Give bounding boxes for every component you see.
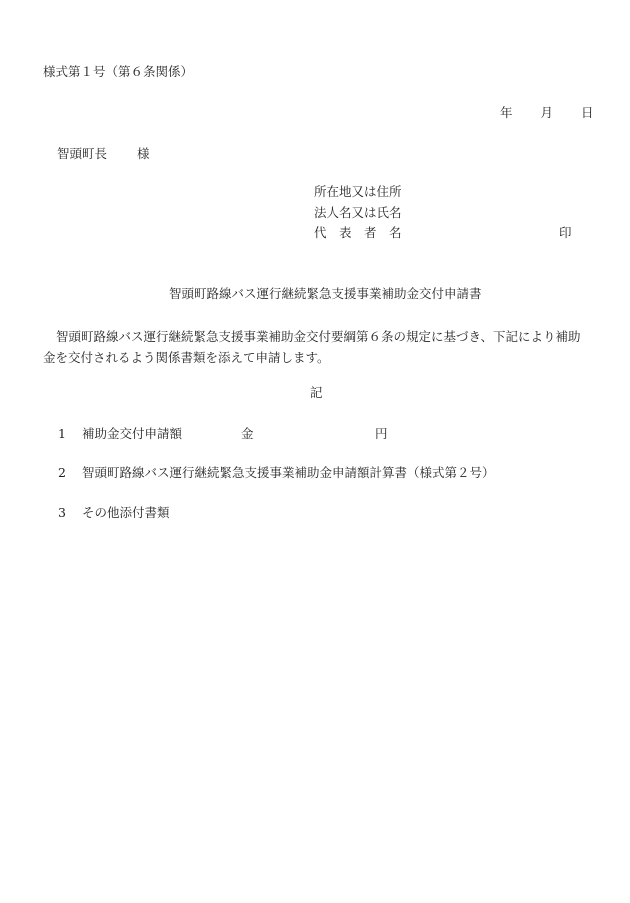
item-label: その他添付書類 bbox=[82, 505, 170, 520]
item-number: 1 bbox=[58, 428, 82, 441]
applicant-address-label: 所在地又は住所 bbox=[314, 184, 402, 199]
seal-mark: 印 bbox=[559, 227, 572, 240]
document-title: 智頭町路線バス運行継続緊急支援事業補助金交付申請書 bbox=[169, 288, 482, 301]
applicant-block: 所在地又は住所 法人名又は氏名 代 表 者 名 印 bbox=[314, 186, 402, 248]
item-label: 補助金交付申請額 bbox=[82, 426, 182, 441]
item-number: 2 bbox=[58, 467, 82, 480]
body-text: 智頭町路線バス運行継続緊急支援事業補助金交付要綱第６条の規定に基づき、下記により… bbox=[43, 329, 581, 365]
addressee: 智頭町長様 bbox=[57, 148, 150, 161]
list-item: 2智頭町路線バス運行継続緊急支援事業補助金申請額計算書（様式第２号） bbox=[58, 467, 495, 480]
applicant-address-row: 所在地又は住所 bbox=[314, 186, 402, 207]
item-label: 智頭町路線バス運行継続緊急支援事業補助金申請額計算書（様式第２号） bbox=[82, 465, 495, 480]
date-year-label: 年 bbox=[500, 107, 513, 120]
list-item: 3その他添付書類 bbox=[58, 507, 170, 520]
addressee-honorific: 様 bbox=[137, 146, 150, 161]
addressee-name: 智頭町長 bbox=[57, 146, 107, 161]
amount-prefix: 金 bbox=[241, 428, 254, 441]
applicant-representative-label: 代 表 者 名 bbox=[314, 225, 402, 240]
ki-heading: 記 bbox=[310, 387, 323, 400]
date-month-label: 月 bbox=[541, 107, 554, 120]
item-number: 3 bbox=[58, 507, 82, 520]
form-number: 様式第１号（第６条関係） bbox=[43, 66, 193, 79]
date-line: 年月日 bbox=[500, 107, 594, 120]
applicant-representative-row: 代 表 者 名 印 bbox=[314, 227, 402, 248]
applicant-name-label: 法人名又は氏名 bbox=[314, 205, 402, 220]
list-item: 1補助金交付申請額 金 円 bbox=[58, 428, 182, 441]
applicant-name-row: 法人名又は氏名 bbox=[314, 207, 402, 228]
date-day-label: 日 bbox=[581, 107, 594, 120]
amount-unit: 円 bbox=[375, 428, 388, 441]
body-paragraph: 智頭町路線バス運行継続緊急支援事業補助金交付要綱第６条の規定に基づき、下記により… bbox=[43, 326, 591, 368]
